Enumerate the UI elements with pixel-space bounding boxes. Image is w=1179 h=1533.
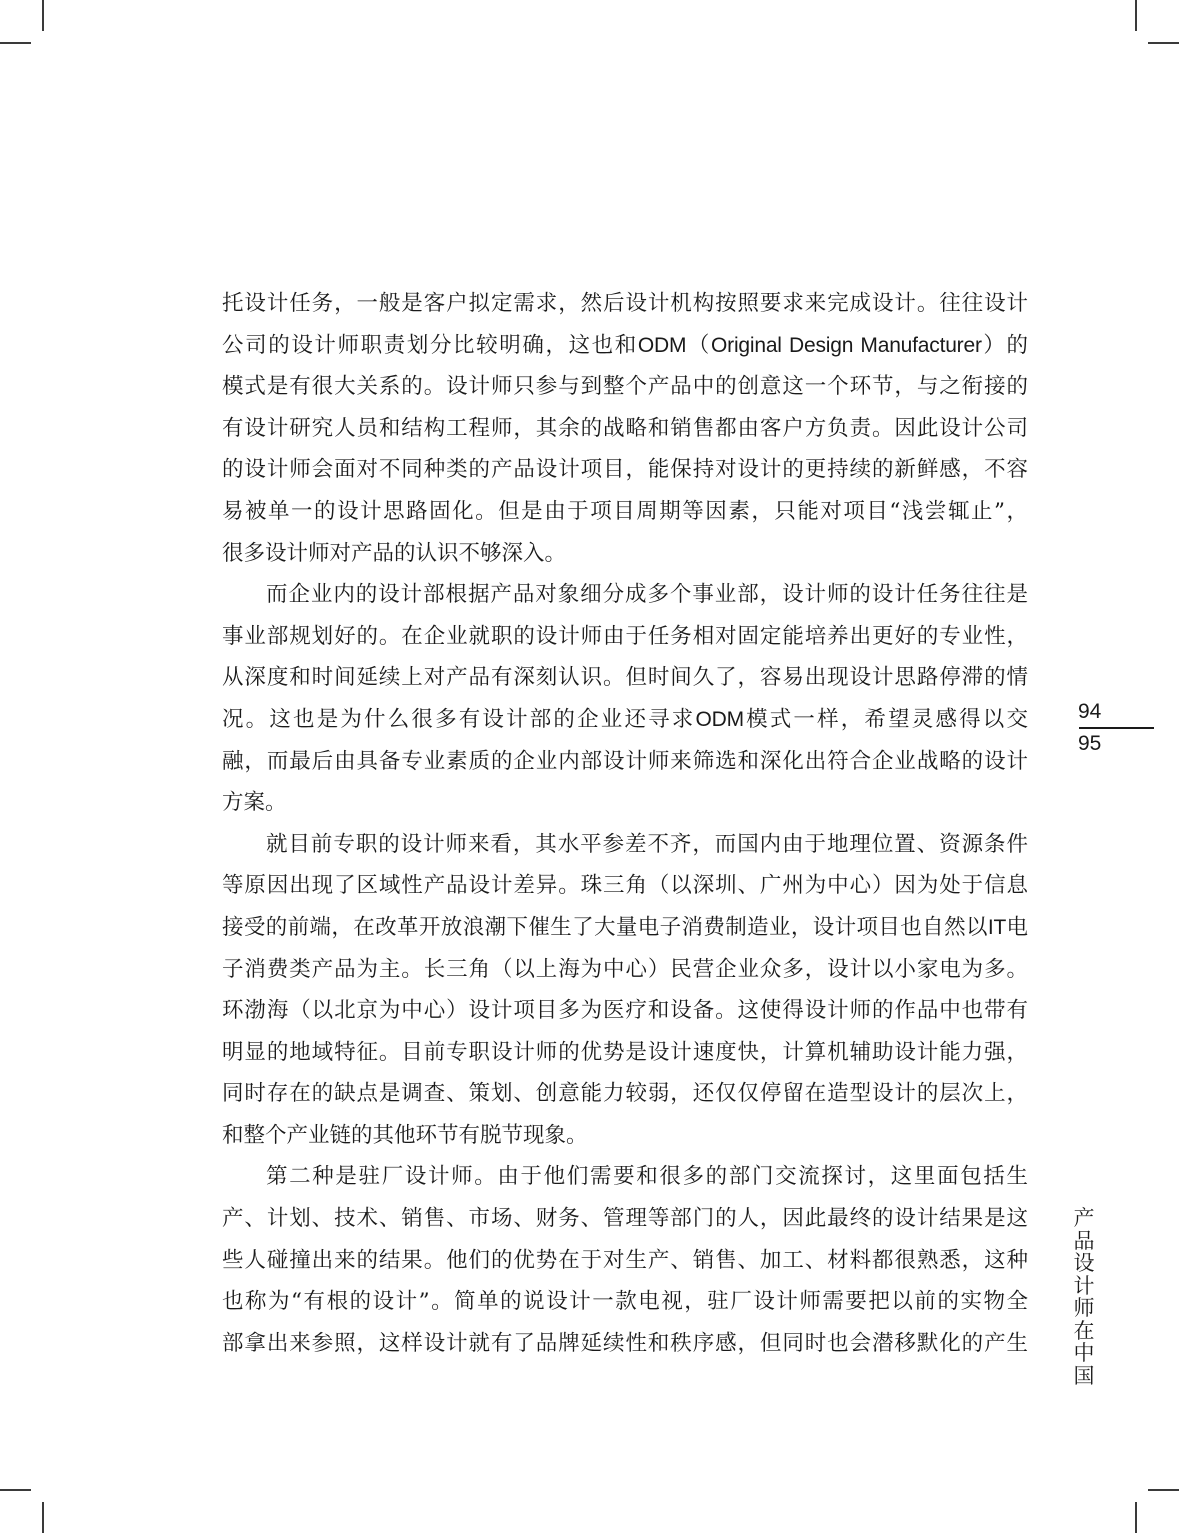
crop-mark-top-right-horizontal [1148,42,1179,44]
text-line: 事业部规划好的。在企业就职的设计师由于任务相对固定能培养出更好的专业性， [222,616,1028,658]
text-line: 托设计任务，一般是客户拟定需求，然后设计机构按照要求来完成设计。往往设计 [222,283,1028,325]
text-line: 部拿出来参照，这样设计就有了品牌延续性和秩序感，但同时也会潜移默化的产生 [222,1323,1028,1365]
crop-mark-top-left-horizontal [0,42,31,44]
body-text: 托设计任务，一般是客户拟定需求，然后设计机构按照要求来完成设计。往往设计公司的设… [222,283,1028,1364]
text-line: 的设计师会面对不同种类的产品设计项目，能保持对设计的更持续的新鲜感，不容 [222,449,1028,491]
text-line: 和整个产业链的其他环节有脱节现象。 [222,1115,1028,1157]
text-line: 明显的地域特征。目前专职设计师的优势是设计速度快，计算机辅助设计能力强， [222,1032,1028,1074]
crop-mark-bottom-right-vertical [1135,1502,1137,1533]
crop-mark-top-left-vertical [42,0,44,31]
page-number-right: 95 [1078,732,1101,756]
text-line: 同时存在的缺点是调查、策划、创意能力较弱，还仅仅停留在造型设计的层次上， [222,1073,1028,1115]
text-line: 从深度和时间延续上对产品有深刻认识。但时间久了，容易出现设计思路停滞的情 [222,657,1028,699]
paragraph: 托设计任务，一般是客户拟定需求，然后设计机构按照要求来完成设计。往往设计公司的设… [222,283,1028,574]
crop-mark-bottom-right-horizontal [1148,1489,1179,1491]
text-line: 模式是有很大关系的。设计师只参与到整个产品中的创意这一个环节，与之衔接的 [222,366,1028,408]
running-title: 产品设计师在中国 [1072,1207,1096,1387]
text-line: 些人碰撞出来的结果。他们的优势在于对生产、销售、加工、材料都很熟悉，这种 [222,1240,1028,1282]
text-line: 况。这也是为什么很多有设计部的企业还寻求ODM模式一样，希望灵感得以交 [222,699,1028,741]
crop-mark-bottom-left-horizontal [0,1489,31,1491]
latin-term: Original Design Manufacturer [711,334,982,357]
text-line: 融，而最后由具备专业素质的企业内部设计师来筛选和深化出符合企业战略的设计 [222,741,1028,783]
text-line: 而企业内的设计部根据产品对象细分成多个事业部，设计师的设计任务往往是 [222,574,1028,616]
text-line: 易被单一的设计思路固化。但是由于项目周期等因素，只能对项目“浅尝辄止”， [222,491,1028,533]
text-line: 很多设计师对产品的认识不够深入。 [222,533,1028,575]
latin-term: ODM [638,334,686,357]
text-line: 有设计研究人员和结构工程师，其余的战略和销售都由客户方负责。因此设计公司 [222,408,1028,450]
text-line: 环渤海（以北京为中心）设计项目多为医疗和设备。这使得设计师的作品中也带有 [222,990,1028,1032]
crop-mark-bottom-left-vertical [42,1502,44,1533]
text-line: 第二种是驻厂设计师。由于他们需要和很多的部门交流探讨，这里面包括生 [222,1156,1028,1198]
text-line: 接受的前端，在改革开放浪潮下催生了大量电子消费制造业，设计项目也自然以IT电 [222,907,1028,949]
paragraph: 第二种是驻厂设计师。由于他们需要和很多的部门交流探讨，这里面包括生产、计划、技术… [222,1156,1028,1364]
text-line: 方案。 [222,782,1028,824]
folio-divider [1079,727,1154,729]
text-line: 也称为“有根的设计”。简单的说设计一款电视，驻厂设计师需要把以前的实物全 [222,1281,1028,1323]
crop-mark-top-right-vertical [1135,0,1137,31]
text-line: 就目前专职的设计师来看，其水平参差不齐，而国内由于地理位置、资源条件 [222,824,1028,866]
text-line: 公司的设计师职责划分比较明确，这也和ODM（Original Design Ma… [222,325,1028,367]
latin-term: ODM [695,708,743,731]
paragraph: 而企业内的设计部根据产品对象细分成多个事业部，设计师的设计任务往往是事业部规划好… [222,574,1028,824]
page-number-left: 94 [1078,700,1101,724]
paragraph: 就目前专职的设计师来看，其水平参差不齐，而国内由于地理位置、资源条件等原因出现了… [222,824,1028,1157]
text-line: 子消费类产品为主。长三角（以上海为中心）民营企业众多，设计以小家电为多。 [222,949,1028,991]
latin-term: IT [988,916,1006,939]
text-line: 产、计划、技术、销售、市场、财务、管理等部门的人，因此最终的设计结果是这 [222,1198,1028,1240]
text-line: 等原因出现了区域性产品设计差异。珠三角（以深圳、广州为中心）因为处于信息 [222,865,1028,907]
